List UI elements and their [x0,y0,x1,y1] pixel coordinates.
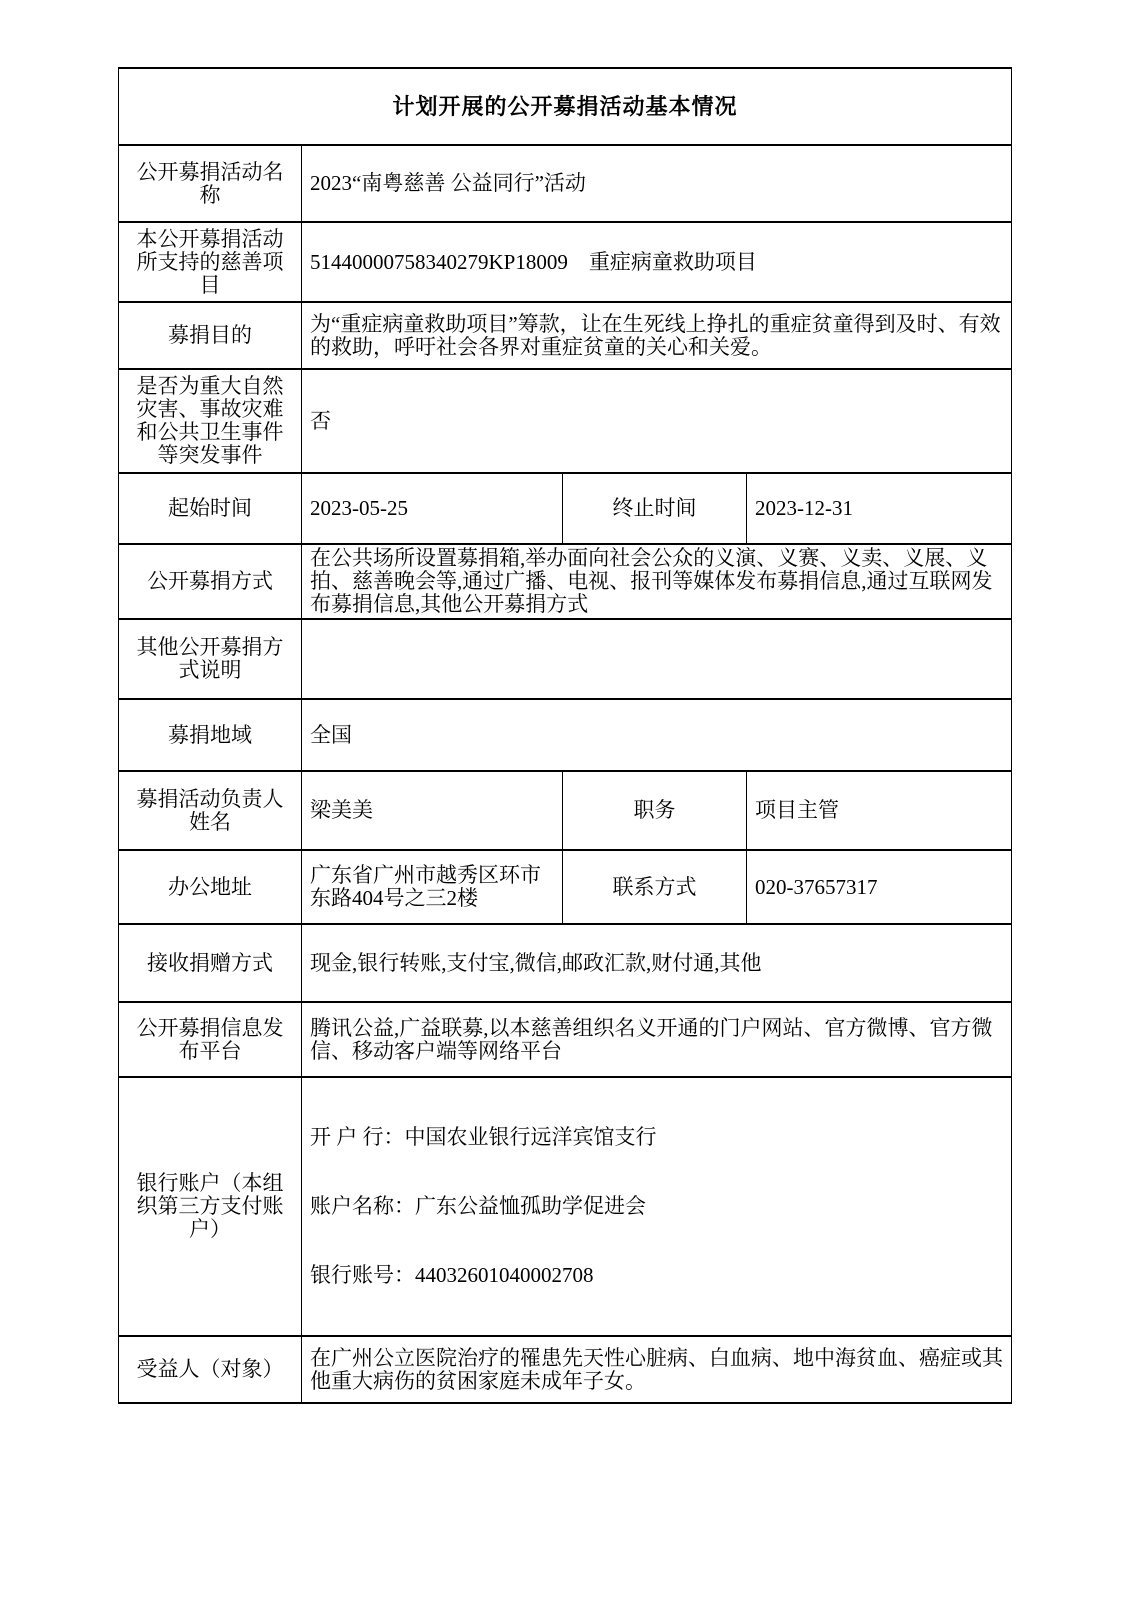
document-page: 计划开展的公开募捐活动基本情况 公开募捐活动名 称 2023“南粤慈善 公益同行… [0,0,1130,1600]
label-fundraising-method: 公开募捐方式 [119,544,302,619]
value-leader-position: 项目主管 [747,771,1012,850]
label-leader-position: 职务 [563,771,747,850]
label-fundraising-purpose: 募捐目的 [119,302,302,369]
label-leader-name: 募捐活动负责人 姓名 [119,771,302,850]
value-supported-charity-project: 51440000758340279KP18009 重症病童救助项目 [302,222,1012,302]
value-fundraising-purpose: 为“重症病童救助项目”筹款，让在生死线上挣扎的重症贫童得到及时、有效的救助，呼吁… [302,302,1012,369]
bank-account-opening-bank: 开 户 行：中国农业银行远洋宾馆支行 [310,1126,1003,1149]
value-beneficiaries: 在广州公立医院治疗的罹患先天性心脏病、白血病、地中海贫血、癌症或其他重大病伤的贫… [302,1336,1012,1403]
fundraising-activity-table: 计划开展的公开募捐活动基本情况 公开募捐活动名 称 2023“南粤慈善 公益同行… [118,67,1012,1404]
value-donation-methods: 现金,银行转账,支付宝,微信,邮政汇款,财付通,其他 [302,924,1012,1002]
label-beneficiaries: 受益人（对象） [119,1336,302,1403]
label-is-emergency-event: 是否为重大自然 灾害、事故灾难 和公共卫生事件 等突发事件 [119,369,302,473]
label-fundraising-region: 募捐地域 [119,699,302,771]
label-end-time: 终止时间 [563,473,747,544]
value-info-platforms: 腾讯公益,广益联募,以本慈善组织名义开通的门户网站、官方微博、官方微信、移动客户… [302,1002,1012,1077]
value-fundraising-region: 全国 [302,699,1012,771]
label-supported-charity-project: 本公开募捐活动 所支持的慈善项 目 [119,222,302,302]
label-contact: 联系方式 [563,850,747,924]
value-contact: 020-37657317 [747,850,1012,924]
value-bank-account: 开 户 行：中国农业银行远洋宾馆支行 账户名称：广东公益恤孤助学促进会 银行账号… [302,1077,1012,1336]
label-activity-name: 公开募捐活动名 称 [119,145,302,222]
label-bank-account: 银行账户（本组 织第三方支付账 户） [119,1077,302,1336]
label-info-platforms: 公开募捐信息发 布平台 [119,1002,302,1077]
table-title: 计划开展的公开募捐活动基本情况 [119,68,1012,145]
value-start-time: 2023-05-25 [302,473,563,544]
value-is-emergency-event: 否 [302,369,1012,473]
value-other-method-note [302,619,1012,699]
bank-account-number: 银行账号：44032601040002708 [310,1264,1003,1287]
label-start-time: 起始时间 [119,473,302,544]
value-end-time: 2023-12-31 [747,473,1012,544]
label-donation-methods: 接收捐赠方式 [119,924,302,1002]
label-other-method-note: 其他公开募捐方 式说明 [119,619,302,699]
value-leader-name: 梁美美 [302,771,563,850]
label-office-address: 办公地址 [119,850,302,924]
value-office-address: 广东省广州市越秀区环市东路404号之三2楼 [302,850,563,924]
value-fundraising-method: 在公共场所设置募捐箱,举办面向社会公众的义演、义赛、义卖、义展、义拍、慈善晚会等… [302,544,1012,619]
value-activity-name: 2023“南粤慈善 公益同行”活动 [302,145,1012,222]
bank-account-name: 账户名称：广东公益恤孤助学促进会 [310,1195,1003,1218]
